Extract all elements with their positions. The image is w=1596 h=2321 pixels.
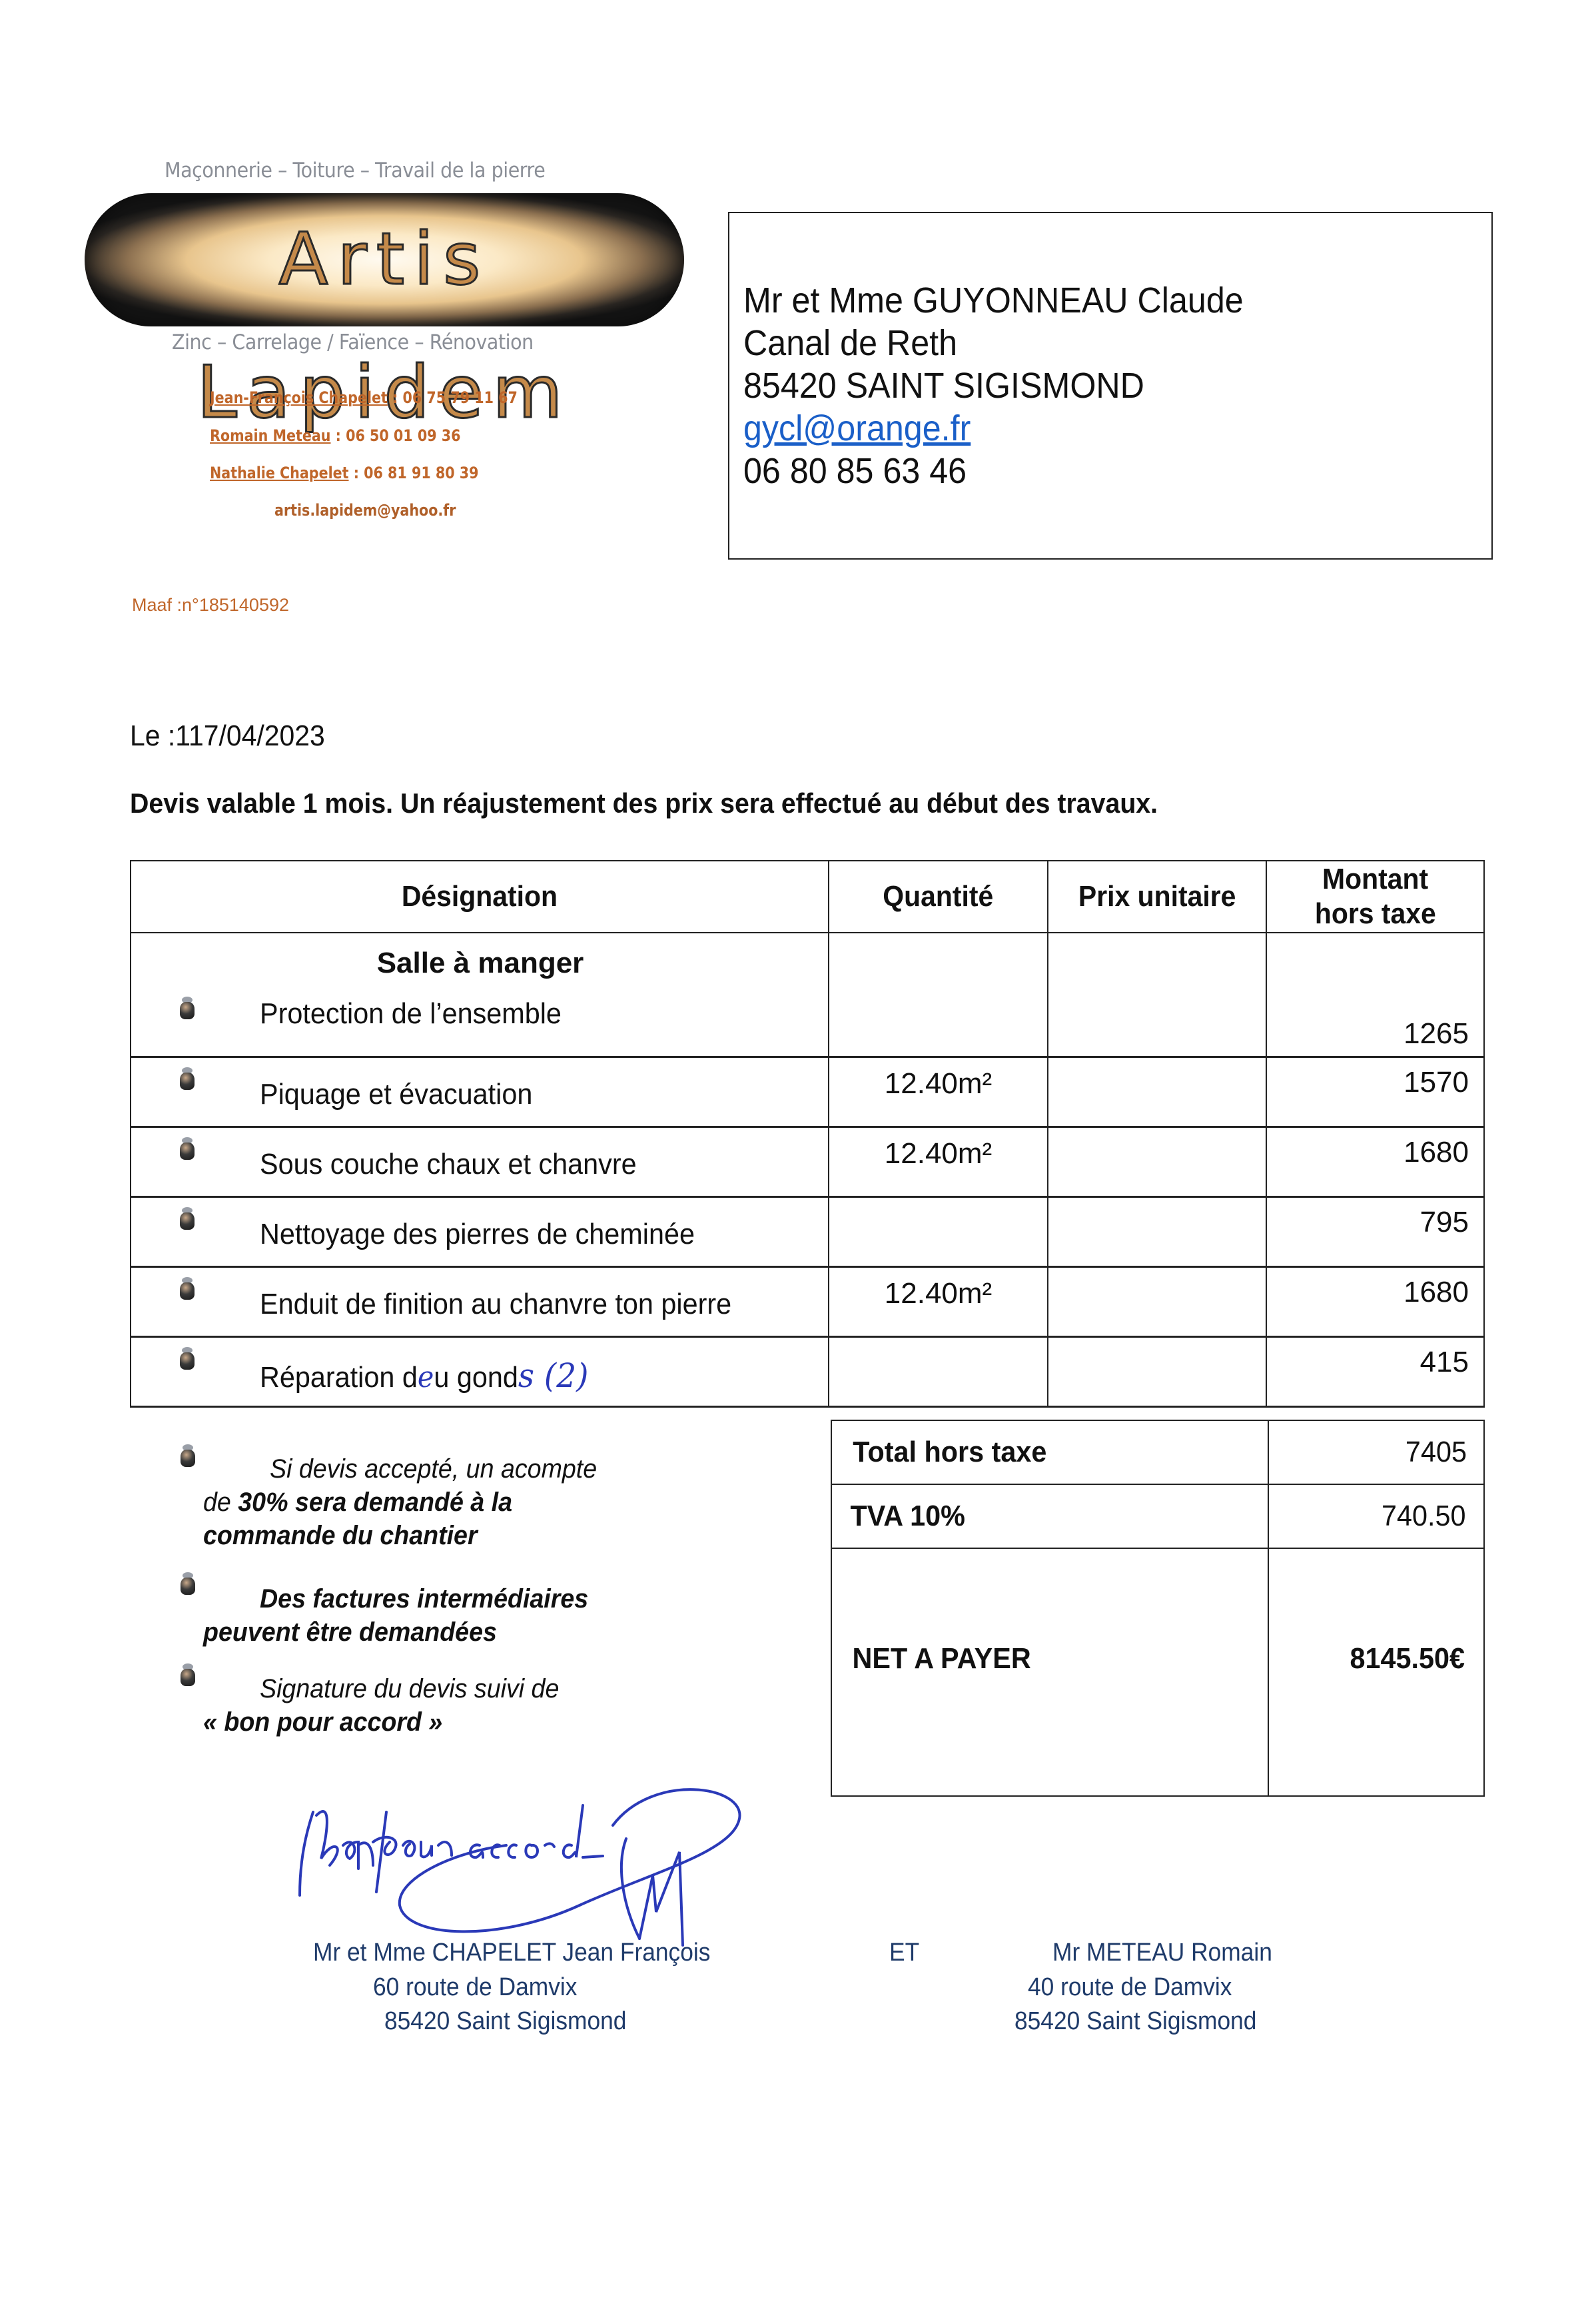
- footer-left-city: 85420 Saint Sigismond: [384, 2007, 626, 2036]
- tva-row: TVA 10% 740.50: [831, 1484, 1484, 1548]
- client-email-link[interactable]: gycl@orange.fr: [743, 408, 971, 449]
- handwritten-signature: [280, 1759, 1046, 1959]
- header-quantity: Quantité: [829, 861, 1048, 933]
- amount-cell: 1265: [1266, 933, 1484, 1057]
- unit-price-cell: [1048, 1337, 1266, 1407]
- header-designation: Désignation: [131, 861, 829, 933]
- company-email[interactable]: artis.lapidem@yahoo.fr: [274, 501, 456, 520]
- item-designation: Sous couche chaux et chanvre: [260, 1148, 637, 1181]
- condition-text: Si devis accepté, un acompte: [270, 1452, 597, 1486]
- bell-bullet-icon: [179, 1444, 197, 1468]
- bell-bullet-icon: [179, 1572, 197, 1596]
- condition-text: peuvent être demandées: [203, 1616, 497, 1649]
- condition-text: de 30% sera demandé à la: [203, 1486, 512, 1519]
- client-name: Mr et Mme GUYONNEAU Claude: [743, 280, 1244, 321]
- table-row: Nettoyage des pierres de cheminée 795: [131, 1197, 1484, 1267]
- amount-cell: 1570: [1266, 1057, 1484, 1127]
- table-row: Enduit de finition au chanvre ton pierre…: [131, 1267, 1484, 1337]
- footer-right-name: Mr METEAU Romain: [1052, 1939, 1272, 1967]
- contact-phone: : 06 75 79 11 67: [388, 388, 518, 407]
- section-title: Salle à manger: [131, 947, 829, 980]
- client-city: 85420 SAINT SIGISMOND: [743, 365, 1144, 406]
- handwritten-correction: s (2): [518, 1356, 589, 1395]
- item-designation: Réparation deu gonds (2): [260, 1356, 588, 1395]
- total-ht-row: Total hors taxe 7405: [831, 1420, 1484, 1484]
- header-amount: Montanthors taxe: [1266, 861, 1484, 933]
- designation-cell: Piquage et évacuation: [131, 1057, 829, 1127]
- designation-cell: Réparation deu gonds (2): [131, 1337, 829, 1407]
- insurance-number: Maaf :n°185140592: [132, 595, 289, 616]
- bell-bullet-icon: [178, 1277, 197, 1301]
- contact-phone: : 06 50 01 09 36: [330, 426, 460, 445]
- quote-items-table: Désignation Quantité Prix unitaire Monta…: [130, 860, 1483, 1408]
- footer-right-city: 85420 Saint Sigismond: [1014, 2007, 1256, 2036]
- unit-price-cell: [1048, 933, 1266, 1057]
- bell-bullet-icon: [178, 1207, 197, 1231]
- tva-label: TVA 10%: [831, 1484, 1268, 1548]
- footer-left-name: Mr et Mme CHAPELET Jean François: [313, 1939, 710, 1967]
- table-row: Réparation deu gonds (2) 415: [131, 1337, 1484, 1407]
- item-designation: Protection de l’ensemble: [260, 997, 562, 1031]
- bell-bullet-icon: [178, 1067, 197, 1091]
- company-tagline-bottom: Zinc – Carrelage / Faïence – Rénovation: [172, 330, 534, 354]
- footer-connector: ET: [889, 1939, 919, 1967]
- item-designation: Enduit de finition au chanvre ton pierre: [260, 1288, 731, 1321]
- contact-line: Nathalie Chapelet : 06 81 91 80 39: [210, 464, 479, 482]
- quantity-cell: 12.40m²: [829, 1127, 1048, 1197]
- amount-cell: 415: [1266, 1337, 1484, 1407]
- unit-price-cell: [1048, 1127, 1266, 1197]
- quantity-cell: 12.40m²: [829, 1057, 1048, 1127]
- unit-price-cell: [1048, 1197, 1266, 1267]
- validity-note: Devis valable 1 mois. Un réajustement de…: [130, 787, 1158, 819]
- client-phone: 06 80 85 63 46: [743, 450, 967, 492]
- contact-name: Jean-François Chapelet: [210, 388, 388, 407]
- condition-text: Signature du devis suivi de: [260, 1672, 559, 1705]
- unit-price-cell: [1048, 1057, 1266, 1127]
- amount-cell: 1680: [1266, 1267, 1484, 1337]
- bell-bullet-icon: [178, 1347, 197, 1371]
- quantity-cell: [829, 1337, 1048, 1407]
- amount-cell: 795: [1266, 1197, 1484, 1267]
- tva-value: 740.50: [1268, 1484, 1484, 1548]
- totals-table: Total hors taxe 7405 TVA 10% 740.50 NET …: [831, 1420, 1483, 1797]
- designation-cell: Sous couche chaux et chanvre: [131, 1127, 829, 1197]
- amount-cell: 1680: [1266, 1127, 1484, 1197]
- contact-name: Nathalie Chapelet: [210, 464, 349, 482]
- quantity-cell: [829, 933, 1048, 1057]
- company-tagline-top: Maçonnerie – Toiture – Travail de la pie…: [165, 159, 545, 183]
- table-row: Salle à manger Protection de l’ensemble …: [131, 933, 1484, 1057]
- bell-bullet-icon: [178, 1137, 197, 1161]
- footer-right-street: 40 route de Damvix: [1028, 1973, 1232, 2002]
- designation-cell: Salle à manger Protection de l’ensemble: [131, 933, 829, 1057]
- footer-left-street: 60 route de Damvix: [373, 1973, 577, 2002]
- condition-text: commande du chantier: [203, 1519, 478, 1552]
- condition-text: « bon pour accord »: [203, 1705, 442, 1739]
- quantity-cell: 12.40m²: [829, 1267, 1048, 1337]
- item-designation: Piquage et évacuation: [260, 1078, 532, 1111]
- designation-cell: Nettoyage des pierres de cheminée: [131, 1197, 829, 1267]
- bell-bullet-icon: [179, 1663, 197, 1687]
- quote-date: Le :117/04/2023: [130, 719, 325, 753]
- unit-price-cell: [1048, 1267, 1266, 1337]
- handwritten-correction: e: [418, 1360, 434, 1394]
- contact-name: Romain Meteau: [210, 426, 330, 445]
- contact-phone: : 06 81 91 80 39: [349, 464, 479, 482]
- contact-line: Romain Meteau : 06 50 01 09 36: [210, 426, 460, 445]
- total-ht-value: 7405: [1268, 1420, 1484, 1484]
- contact-line: Jean-François Chapelet : 06 75 79 11 67: [210, 388, 518, 407]
- net-value: 8145.50€: [1268, 1548, 1484, 1796]
- client-street: Canal de Reth: [743, 322, 957, 364]
- quantity-cell: [829, 1197, 1048, 1267]
- item-designation: Nettoyage des pierres de cheminée: [260, 1218, 695, 1251]
- table-header-row: Désignation Quantité Prix unitaire Monta…: [131, 861, 1484, 933]
- table-row: Piquage et évacuation 12.40m² 1570: [131, 1057, 1484, 1127]
- table-row: Sous couche chaux et chanvre 12.40m² 168…: [131, 1127, 1484, 1197]
- designation-cell: Enduit de finition au chanvre ton pierre: [131, 1267, 829, 1337]
- header-unit-price: Prix unitaire: [1048, 861, 1266, 933]
- bell-bullet-icon: [178, 997, 197, 1021]
- total-ht-label: Total hors taxe: [831, 1420, 1268, 1484]
- company-logo-name: Artis Lapidem: [85, 193, 684, 326]
- condition-text: Des factures intermédiaires: [260, 1582, 588, 1616]
